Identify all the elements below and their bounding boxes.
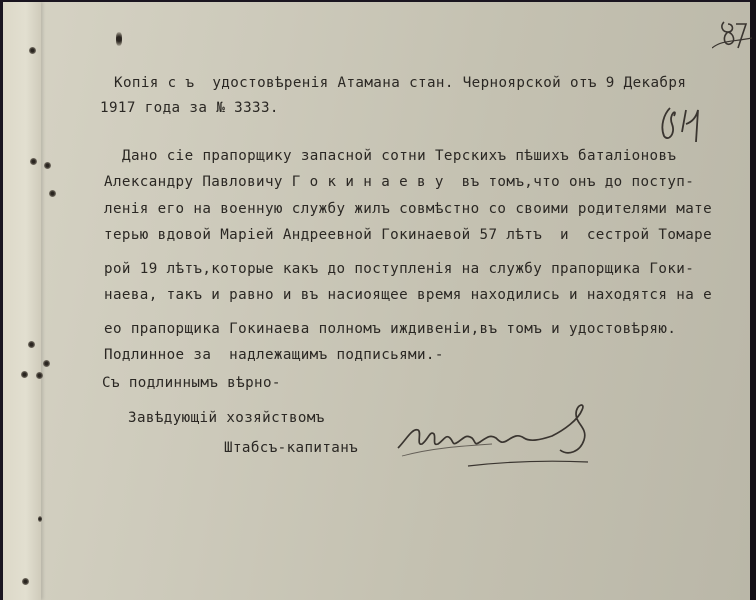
body-line: терью вдовой Маріей Андреевной Гокинаево… [104, 228, 712, 242]
binding-hole [29, 47, 36, 54]
binding-hole [116, 32, 122, 46]
heading-line-2: 1917 года за № 3333. [100, 101, 279, 115]
binding-hole [43, 360, 50, 367]
scan-edge [750, 0, 756, 600]
document-scan: 87 84 Копія с ъ удостовѣренія Атамана ст… [0, 0, 756, 600]
body-line: Александру Павловичу Г о к и н а е в у в… [104, 175, 694, 189]
body-line: ео прапорщика Гокинаева полномъ иждивені… [104, 322, 676, 336]
binding-hole [21, 371, 28, 378]
signer-rank: Штабсъ-капитанъ [224, 441, 358, 455]
binding-hole [22, 578, 29, 585]
body-line: ленія его на военную службу жилъ совмѣст… [104, 202, 712, 216]
handwritten-page-number: 84 [656, 104, 708, 144]
binding-hole [36, 372, 43, 379]
binding-hole [38, 516, 42, 522]
signature: Михаиловъ [392, 400, 602, 472]
binding-hole [28, 341, 35, 348]
binding-hole [30, 158, 37, 165]
body-line: Дано сіе прапорщику запасной сотни Терск… [122, 149, 676, 163]
folio-number: 87 [712, 18, 752, 54]
heading-line-1: Копія с ъ удостовѣренія Атамана стан. Че… [114, 76, 686, 90]
body-line: Подлинное за надлежащимъ подписьями.- [104, 348, 444, 362]
binding-strip [3, 2, 41, 600]
binding-hole [49, 190, 56, 197]
signer-position: Завѣдующій хозяйствомъ [128, 411, 325, 425]
certified-copy-note: Съ подлиннымъ вѣрно- [102, 376, 281, 390]
binding-hole [44, 162, 51, 169]
body-line: наева, такъ и равно и въ насиоящее время… [104, 288, 712, 302]
body-line: рой 19 лѣтъ,которые какъ до поступленія … [104, 262, 694, 276]
